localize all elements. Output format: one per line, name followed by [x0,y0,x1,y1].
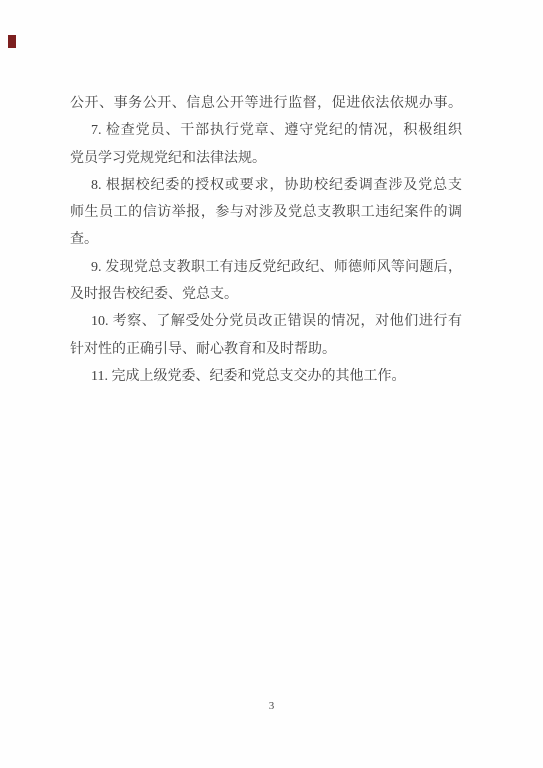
text-line-item-11: 11. 完成上级党委、纪委和党总支交办的其他工作。 [70,363,462,390]
text-line-item-7-cont: 党员学习党规党纪和法律法规。 [70,145,462,172]
page-number: 3 [0,700,543,712]
text-line-continuation: 公开、事务公开、信息公开等进行监督，促进依法依规办事。 [70,90,462,117]
red-corner-mark [8,35,16,48]
text-line-item-9-cont: 及时报告校纪委、党总支。 [70,281,462,308]
text-line-item-8: 8. 根据校纪委的授权或要求，协助校纪委调查涉及党总支 [70,172,462,199]
text-line-item-10-cont: 针对性的正确引导、耐心教育和及时帮助。 [70,336,462,363]
text-line-item-10: 10. 考察、了解受处分党员改正错误的情况，对他们进行有 [70,308,462,335]
text-line-item-8-cont: 师生员工的信访举报，参与对涉及党总支教职工违纪案件的调 [70,199,462,226]
text-line-item-8-end: 查。 [70,226,462,253]
document-body: 公开、事务公开、信息公开等进行监督，促进依法依规办事。 7. 检查党员、干部执行… [70,90,462,390]
text-line-item-9: 9. 发现党总支教职工有违反党纪政纪、师德师风等问题后， [70,254,462,281]
document-page: 公开、事务公开、信息公开等进行监督，促进依法依规办事。 7. 检查党员、干部执行… [0,0,543,768]
text-line-item-7: 7. 检查党员、干部执行党章、遵守党纪的情况，积极组织 [70,117,462,144]
